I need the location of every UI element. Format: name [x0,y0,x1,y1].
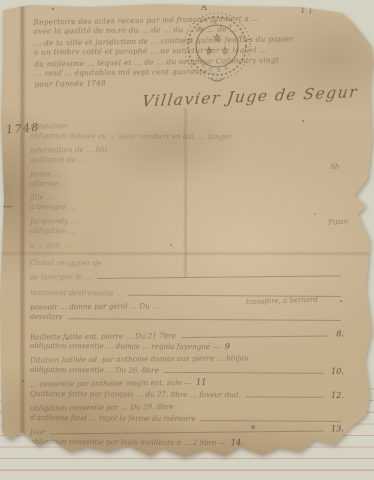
edge-mark: o— [0,202,13,211]
entry-rule-line [201,420,341,422]
ink-specks [52,8,54,10]
paper-wrap: A 1 f° Repertoire des actes receus par m… [0,0,374,480]
fleur-de-lis-icon: ⚜ [204,44,215,58]
index-entry: obligation consentie par louis meilleurs… [30,436,344,450]
manuscript-scan: A 1 f° Repertoire des actes receus par m… [0,0,374,480]
index-entry: desvilars [30,311,344,325]
entry-text: a … guit … [30,239,70,251]
margin-note: Sh [330,163,339,171]
entry-text: obligation consentie … dumas … regola fa… [30,340,220,353]
entry-rule-line [181,335,328,338]
entry-text: afferme … [30,178,68,190]
repertoire-index-list: prestationobligation donnée au … sieur c… [30,119,344,449]
entry-rule-line [246,396,323,397]
entry-number: 8. [336,328,344,340]
entry-text: de lavergne fe … [30,271,92,284]
entry-number: 14. [231,437,244,449]
entry-text: d'anthoine faud … rayol la ferme du mémo… [30,412,196,425]
fleur-de-lis-icon: ⚜ [212,31,223,45]
entry-rule-line [68,318,341,321]
entry-number: 13. [331,423,344,435]
fleur-de-lis-tax-stamp: G · E · R · A · L D E U X S ⚜ ⚜ ⚜ [180,9,254,83]
parchment-page: A 1 f° Repertoire des actes receus par m… [0,0,374,480]
index-entry: a … guit … [30,236,344,251]
entry-text: obligation donnée au … sieur combert en … [30,130,232,143]
left-fold-crease [19,0,26,480]
entry-text: desvilars [30,311,63,323]
entry-rule-line [97,275,341,279]
entry-rule-line [50,430,323,434]
entry-number: 11 [196,377,207,389]
margin-note: Pipan [328,217,349,226]
index-entry: de lavergne fe … [30,268,344,283]
entry-text: Chatel veuggner de [30,257,102,269]
entry-rule-line [164,372,323,374]
entry-text: testament desfremains … [30,287,123,299]
fleur-de-lis-icon: ⚜ [220,44,231,58]
entry-text: obligation consentie … Du 26. 8bre [30,364,159,377]
entry-text: Quittance faitte par françois … du 27. 8… [30,388,241,401]
entry-text: obligation consentie par louis meilleurs… [30,436,226,449]
entry-text: quittance de … [30,154,85,166]
entry-text: obligation … [30,225,76,237]
entry-text: a besogne … [30,201,76,213]
